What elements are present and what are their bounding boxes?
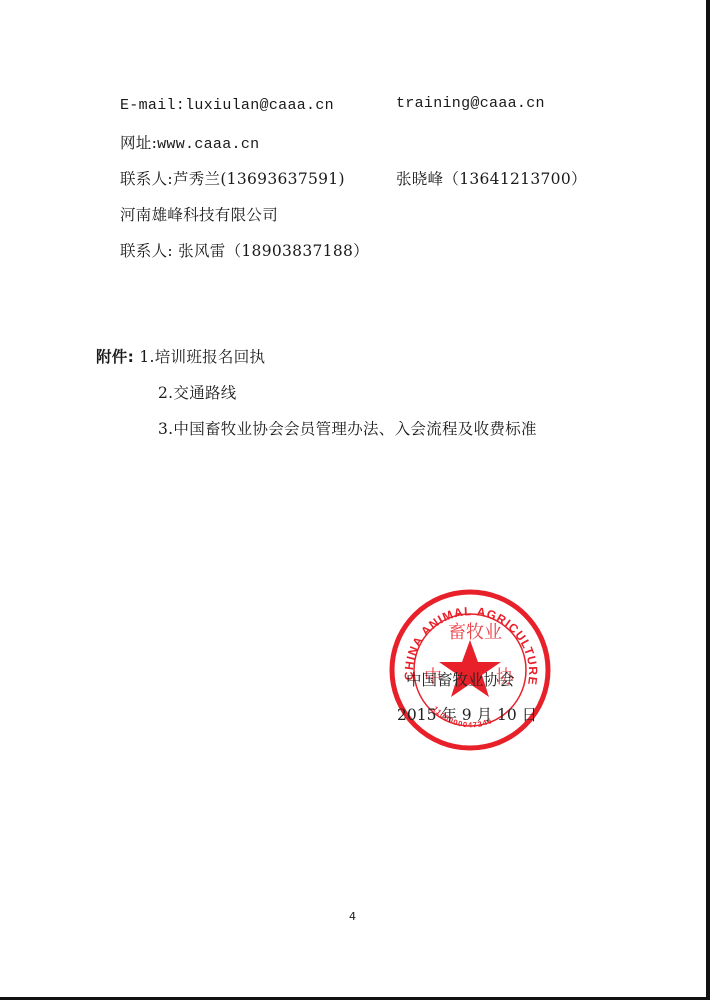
- email-label: E-mail:: [120, 97, 185, 114]
- contact-line-2: 联系人: 张风雷（18903837188）: [120, 239, 369, 261]
- page-number: 4: [349, 910, 356, 923]
- signature-organization: 中国畜牧业协会: [406, 668, 515, 690]
- website-value: www.caaa.cn: [157, 136, 259, 153]
- website-label: 网址:: [120, 134, 157, 152]
- email-1: luxiulan@caaa.cn: [185, 97, 334, 114]
- signature-date: 2015 年 9 月 10 日: [397, 703, 537, 725]
- attachments-label: 附件:: [96, 348, 134, 366]
- contact-line-1: 联系人:芦秀兰(13693637591): [120, 167, 345, 189]
- email-line: E-mail:luxiulan@caaa.cn: [120, 95, 334, 114]
- contact-1: 芦秀兰(13693637591): [173, 170, 345, 188]
- page-edge-right: [706, 0, 710, 1000]
- contact-2: 张晓峰（13641213700）: [396, 167, 587, 189]
- attachment-item: 2.交通路线: [158, 381, 237, 403]
- svg-text:畜牧业: 畜牧业: [448, 622, 502, 643]
- attachment-item: 1.培训班报名回执: [139, 348, 265, 366]
- contact-3: 张风雷（18903837188）: [178, 242, 369, 260]
- company-name: 河南雄峰科技有限公司: [120, 203, 278, 225]
- website-line: 网址:www.caaa.cn: [120, 131, 259, 153]
- contact-label: 联系人:: [120, 170, 173, 188]
- contact-label-2: 联系人:: [120, 242, 173, 260]
- attachment-item: 3.中国畜牧业协会会员管理办法、入会流程及收费标准: [158, 417, 537, 439]
- attachments-line-1: 附件: 1.培训班报名回执: [96, 345, 265, 367]
- email-2: training@caaa.cn: [396, 95, 545, 112]
